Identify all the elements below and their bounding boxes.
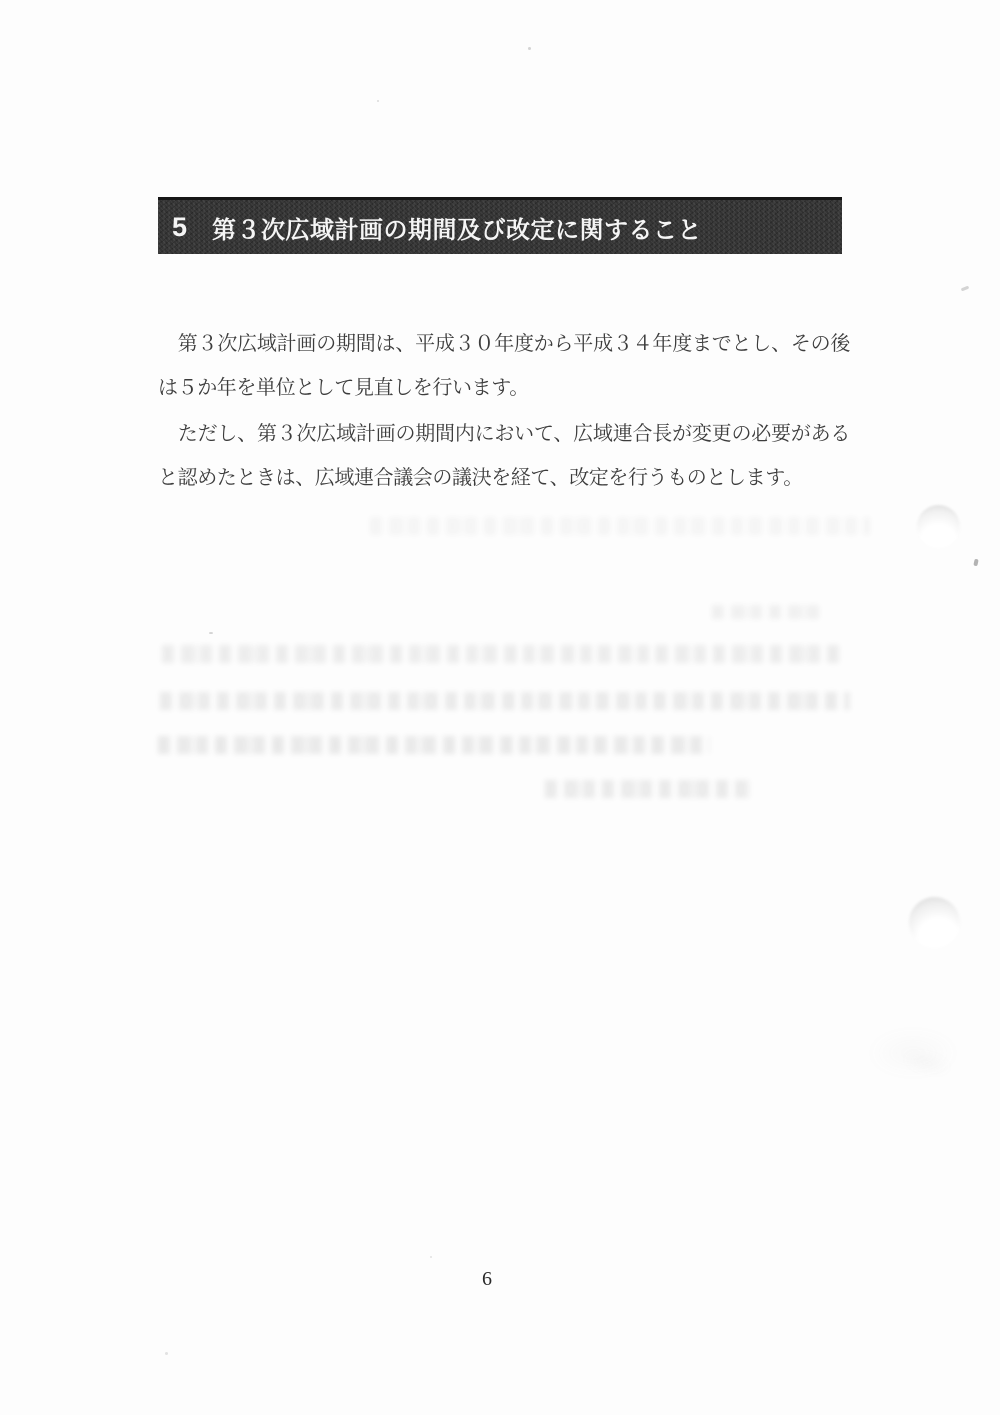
bleedthrough-line [712, 605, 824, 619]
bleedthrough-line [162, 645, 842, 663]
section-number: 5 [172, 212, 187, 243]
scan-speck [973, 559, 978, 567]
scan-speck [528, 47, 531, 50]
section-title: 第３次広域計画の期間及び改定に関すること [212, 210, 702, 245]
body-text: 第３次広域計画の期間は、平成３０年度から平成３４年度までとし、その後は５か年を単… [158, 322, 850, 500]
hole-punch-mark [909, 897, 960, 948]
paragraph-revision-condition: ただし、第３次広域計画の期間内において、広域連合長が変更の必要があると認めたとき… [158, 412, 850, 500]
scan-speck [377, 100, 379, 102]
section-header-bar: 5 第３次広域計画の期間及び改定に関すること [158, 197, 842, 254]
scanned-document-page: 5 第３次広域計画の期間及び改定に関すること 第３次広域計画の期間は、平成３０年… [0, 0, 1000, 1415]
bleedthrough-line [545, 780, 750, 798]
scan-speck [165, 1352, 168, 1355]
scan-speck [209, 632, 213, 634]
page-number: 6 [0, 1268, 974, 1291]
scan-speck [961, 286, 970, 292]
paragraph-plan-period: 第３次広域計画の期間は、平成３０年度から平成３４年度までとし、その後は５か年を単… [158, 322, 850, 410]
bleedthrough-line [158, 736, 710, 754]
hole-punch-mark [917, 505, 960, 548]
bleedthrough-line [160, 692, 850, 710]
bleedthrough-line [370, 517, 870, 535]
scan-speck [430, 1256, 432, 1258]
